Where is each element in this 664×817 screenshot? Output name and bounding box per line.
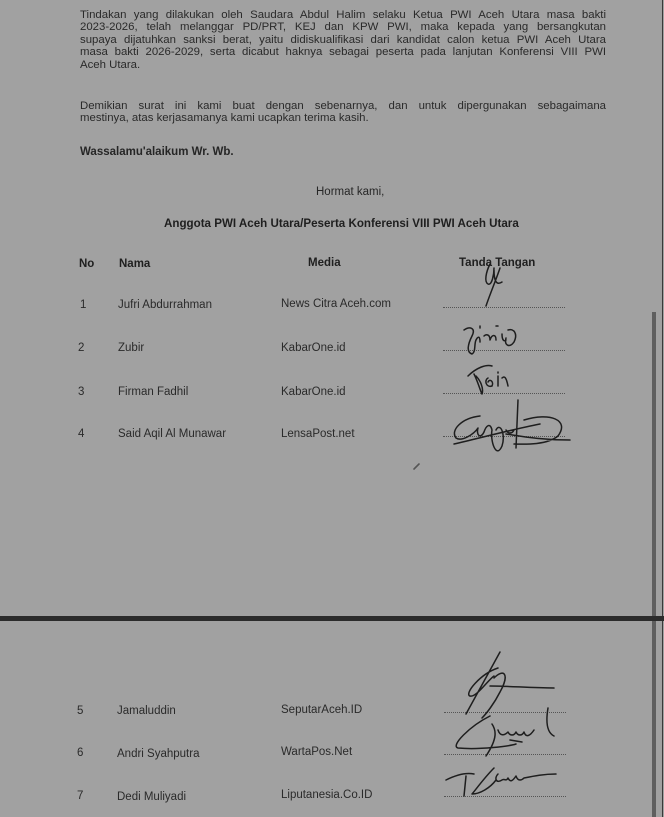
signature-6 <box>450 706 570 756</box>
page-edge <box>662 0 663 617</box>
page-edge <box>662 621 663 817</box>
member-name: Dedi Muliyadi <box>117 791 186 803</box>
paragraph-closing-statement: Demikian surat ini kami buat dengan sebe… <box>80 100 606 125</box>
signature-4 <box>450 400 580 460</box>
paragraph-line: masa bakti 2026-2029, serta dicabut hakn… <box>80 46 606 58</box>
header-media: Media <box>308 257 341 269</box>
signatory-group-title: Anggota PWI Aceh Utara/Peserta Konferens… <box>164 217 519 230</box>
signature-2 <box>460 322 530 362</box>
row-number: 2 <box>78 342 84 354</box>
member-name: Zubir <box>118 342 144 354</box>
paragraph-violation: Tindakan yang dilakukan oleh Saudara Abd… <box>80 9 606 71</box>
member-media: LensaPost.net <box>281 428 355 440</box>
member-media: Liputanesia.Co.ID <box>281 789 372 801</box>
row-number: 4 <box>78 428 84 440</box>
member-media: SeputarAceh.ID <box>281 704 362 716</box>
row-number: 3 <box>78 386 84 398</box>
scrollbar-thumb[interactable] <box>652 312 656 616</box>
row-number: 1 <box>80 299 86 311</box>
member-name: Jamaluddin <box>117 705 176 717</box>
member-media: News Citra Aceh.com <box>281 298 391 310</box>
paragraph-line: 2023-2026, telah melanggar PD/PRT, KEJ d… <box>80 21 606 33</box>
image-divider <box>0 616 664 621</box>
paragraph-line: supaya dijatuhkan sanksi berat, yaitu di… <box>80 34 606 46</box>
member-media: WartaPos.Net <box>281 746 352 758</box>
regards-text: Hormat kami, <box>316 186 384 198</box>
signature-3 <box>466 360 526 402</box>
scrollbar-track[interactable] <box>652 621 656 817</box>
row-number: 5 <box>77 705 83 717</box>
member-media: KabarOne.id <box>281 386 346 398</box>
paragraph-line: Tindakan yang dilakukan oleh Saudara Abd… <box>80 9 606 21</box>
member-name: Firman Fadhil <box>118 386 188 398</box>
stray-mark <box>412 461 422 471</box>
row-number: 7 <box>77 790 83 802</box>
member-name: Andri Syahputra <box>117 748 199 760</box>
signature-7 <box>444 758 564 802</box>
header-name: Nama <box>119 258 150 270</box>
closing-salutation: Wassalamu'alaikum Wr. Wb. <box>80 146 234 158</box>
paragraph-line: Aceh Utara. <box>80 59 606 71</box>
member-name: Said Aqil Al Munawar <box>118 428 226 440</box>
paragraph-line: mestinya, atas kerjasamanya kami ucapkan… <box>80 112 606 124</box>
row-number: 6 <box>77 747 83 759</box>
signature-1 <box>480 260 520 310</box>
member-media: KabarOne.id <box>281 342 346 354</box>
member-name: Jufri Abdurrahman <box>118 299 212 311</box>
paragraph-line: Demikian surat ini kami buat dengan sebe… <box>80 100 606 112</box>
header-no: No <box>79 258 94 270</box>
